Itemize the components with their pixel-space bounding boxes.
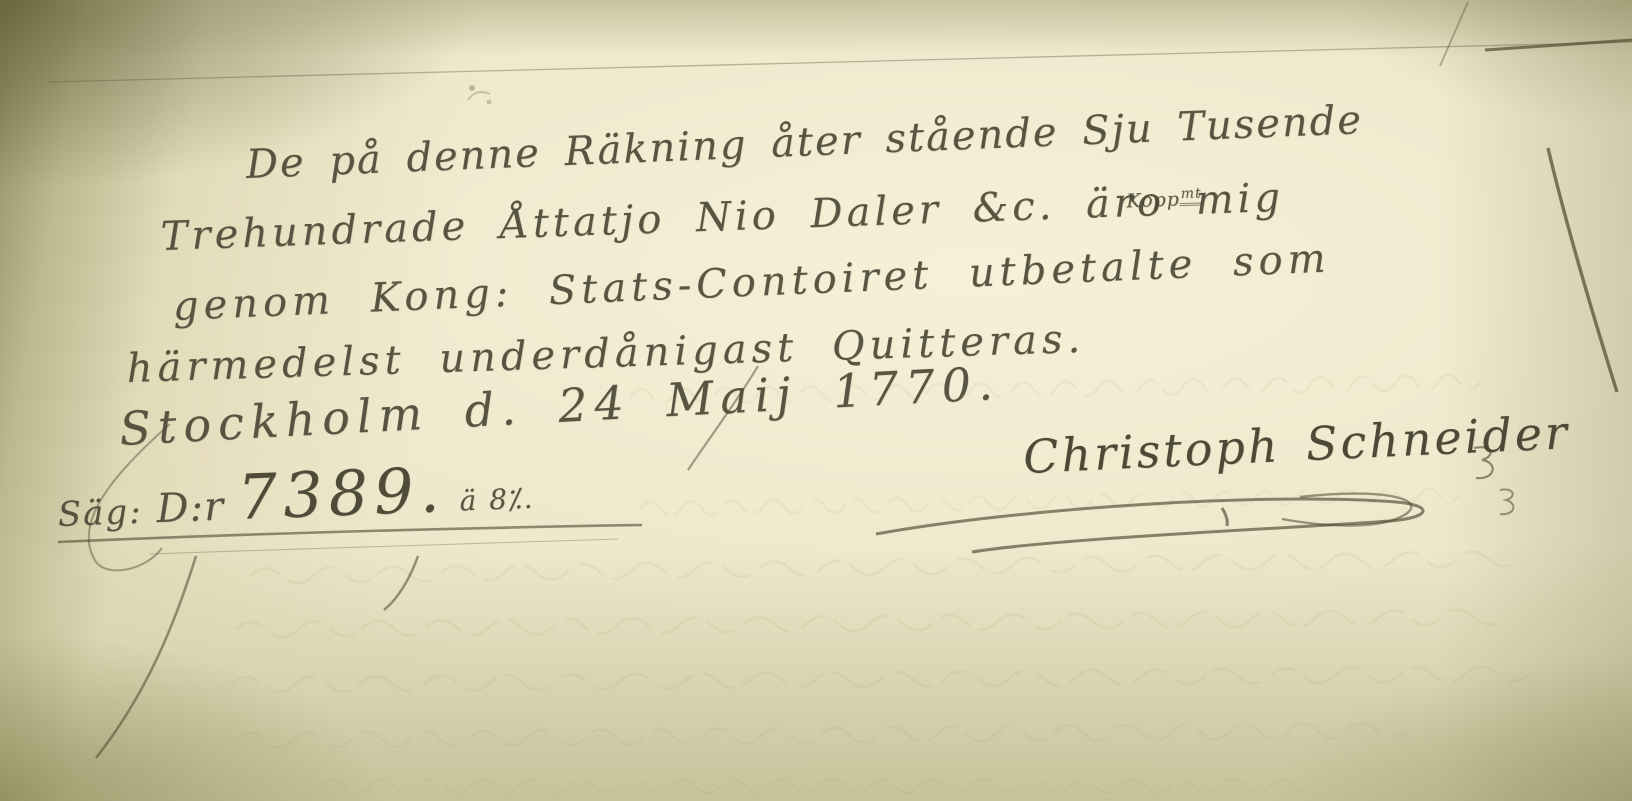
bleedthrough-writing bbox=[640, 479, 1460, 517]
signature-paraph-loop bbox=[1282, 494, 1411, 526]
insertion-superscript: mt bbox=[1179, 185, 1203, 206]
signature-trailing-flourish bbox=[1500, 489, 1513, 514]
ink-speck bbox=[469, 85, 475, 91]
bleedthrough-writing bbox=[320, 770, 1320, 794]
signature-christoph-schneider: Christoph Schneider bbox=[1022, 405, 1571, 484]
sum-docket: Säg: D:r 7389. ä 8⁒. bbox=[56, 450, 535, 541]
insertion-base: Kopp bbox=[1126, 188, 1180, 212]
docket-descender-flourish bbox=[96, 556, 196, 758]
docket-underline-echo bbox=[150, 539, 618, 554]
ink-smudge bbox=[468, 92, 490, 100]
docket-descender-flourish bbox=[384, 556, 418, 610]
interlinear-insertion-koppmt: Koppmt bbox=[1126, 185, 1203, 212]
docket-amount: 7389. bbox=[236, 453, 446, 534]
bleedthrough-writing bbox=[235, 713, 1405, 749]
bleedthrough-writing bbox=[230, 656, 1530, 693]
top-rule-dark-segment bbox=[1485, 40, 1632, 50]
ink-speck bbox=[487, 100, 492, 105]
bleedthrough-writing bbox=[235, 599, 1505, 638]
right-margin-stroke bbox=[1548, 148, 1617, 392]
docket-prefix: Säg: bbox=[57, 492, 143, 535]
top-right-crease bbox=[1440, 2, 1468, 66]
photographed-handwritten-receipt: De på denne Räkning åter stående Sju Tus… bbox=[0, 0, 1632, 801]
signature-paraph-main bbox=[876, 499, 1423, 552]
top-hairline-rule bbox=[48, 42, 1632, 82]
bleedthrough-writing bbox=[250, 541, 1520, 585]
docket-rate: ä 8⁒. bbox=[459, 482, 535, 518]
receipt-line-1: De på denne Räkning åter stående Sju Tus… bbox=[245, 97, 1364, 188]
signature-paraph-tick bbox=[1222, 508, 1227, 526]
docket-currency-mark: D:r bbox=[156, 484, 225, 533]
